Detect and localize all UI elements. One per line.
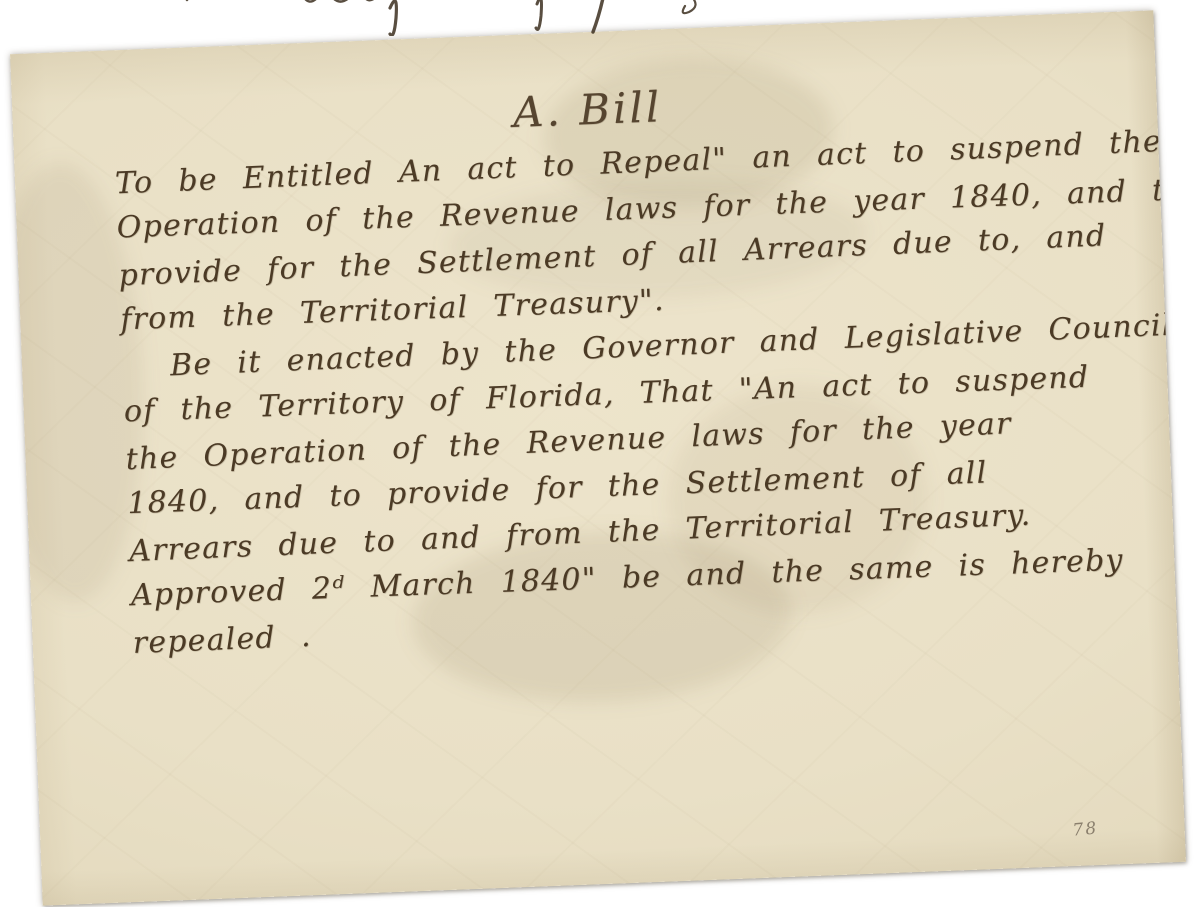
- manuscript-page: A. Bill To be Entitled An act to Repeal"…: [10, 10, 1186, 905]
- manuscript-text: A. Bill To be Entitled An act to Repeal"…: [112, 57, 1153, 666]
- page-number: 78: [1072, 818, 1099, 840]
